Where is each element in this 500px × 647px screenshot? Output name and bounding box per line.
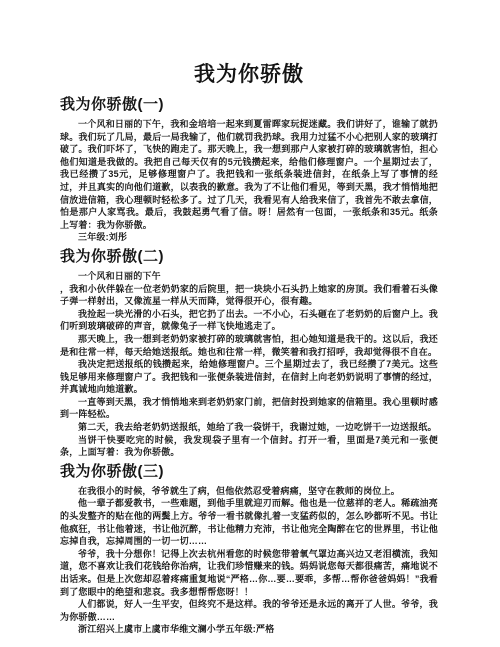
essay-3-heading: 我为你骄傲(三) [60, 462, 438, 482]
essay-2-heading: 我为你骄傲(二) [60, 247, 438, 267]
essay-section-3: 我为你骄傲(三) 在我很小的时候，爷爷就生了病，但他依然忍受着病痛，坚守在教师的… [60, 462, 438, 636]
document-title: 我为你骄傲 [60, 62, 438, 88]
essay-3-school-byline: 浙江绍兴上虞市上虞市华维文澜小学五年级:严格 [60, 623, 438, 636]
document-page: 我为你骄傲 我为你骄傲(一) 一个风和日丽的下午，我和金培培一起来到夏雷晖家玩捉… [0, 0, 500, 647]
essay-1-paragraph: 一个风和日丽的下午，我和金培培一起来到夏雷晖家玩捉迷藏。我们讲好了，谁输了就扔球… [60, 118, 438, 231]
essay-2-paragraph: 我决定把送报纸的钱攒起来，给她修理窗户。三个星期过去了，我已经攒了7美元。这些钱… [60, 358, 438, 396]
essay-2-paragraph: 当饼干快要吃完的时候，我发现袋子里有一个信封。打开一看，里面是7美元和一张便条，… [60, 434, 438, 459]
essay-3-paragraph: 在我很小的时候，爷爷就生了病，但他依然忍受着病痛，坚守在教师的岗位上。 [60, 485, 438, 498]
essay-2-paragraph: 那天晚上，我一想到老奶奶家被打碎的玻璃就害怕，担心她知道是我干的。这以后，我还是… [60, 333, 438, 358]
essay-2-paragraph: ，我和小伙伴躲在一位老奶奶家的后院里，把一块块小石头扔上她家的房顶。我们看着石头… [60, 283, 438, 308]
essay-2-paragraph: 我捡起一块光滑的小石头，把它扔了出去。一不小心，石头砸在了老奶奶的后窗户上。我们… [60, 308, 438, 333]
essay-3-paragraph: 人们都说，好人一生平安，但终究不是这样。我的爷爷还是永远的离开了人世。爷爷，我为… [60, 598, 438, 623]
essay-section-1: 我为你骄傲(一) 一个风和日丽的下午，我和金培培一起来到夏雷晖家玩捉迷藏。我们讲… [60, 95, 438, 244]
essay-2-paragraph: 第二天，我去给老奶奶送报纸，她给了我一袋饼干，我谢过她，一边吃饼干一边送报纸。 [60, 421, 438, 434]
essay-2-paragraph: 一个风和日丽的下午 [60, 270, 438, 283]
essay-2-paragraph: 一直等到天黑，我才悄悄地来到老奶奶家门前，把信封投到她家的信箱里。我心里顿时感到… [60, 396, 438, 421]
essay-section-2: 我为你骄傲(二) 一个风和日丽的下午 ，我和小伙伴躲在一位老奶奶家的后院里，把一… [60, 247, 438, 459]
essay-1-heading: 我为你骄傲(一) [60, 95, 438, 115]
essay-1-author-byline: 三年级:刘彤 [60, 231, 438, 244]
essay-3-paragraph: 爷爷，我十分想你！记得上次去杭州看您的时候您带着氧气罩边高兴边又老泪横流，我知道… [60, 548, 438, 598]
essay-3-paragraph: 他一辈子都爱教书，一些难题，到他手里就迎刃而解。他也是一位慈祥的老人。稀疏油亮的… [60, 497, 438, 547]
